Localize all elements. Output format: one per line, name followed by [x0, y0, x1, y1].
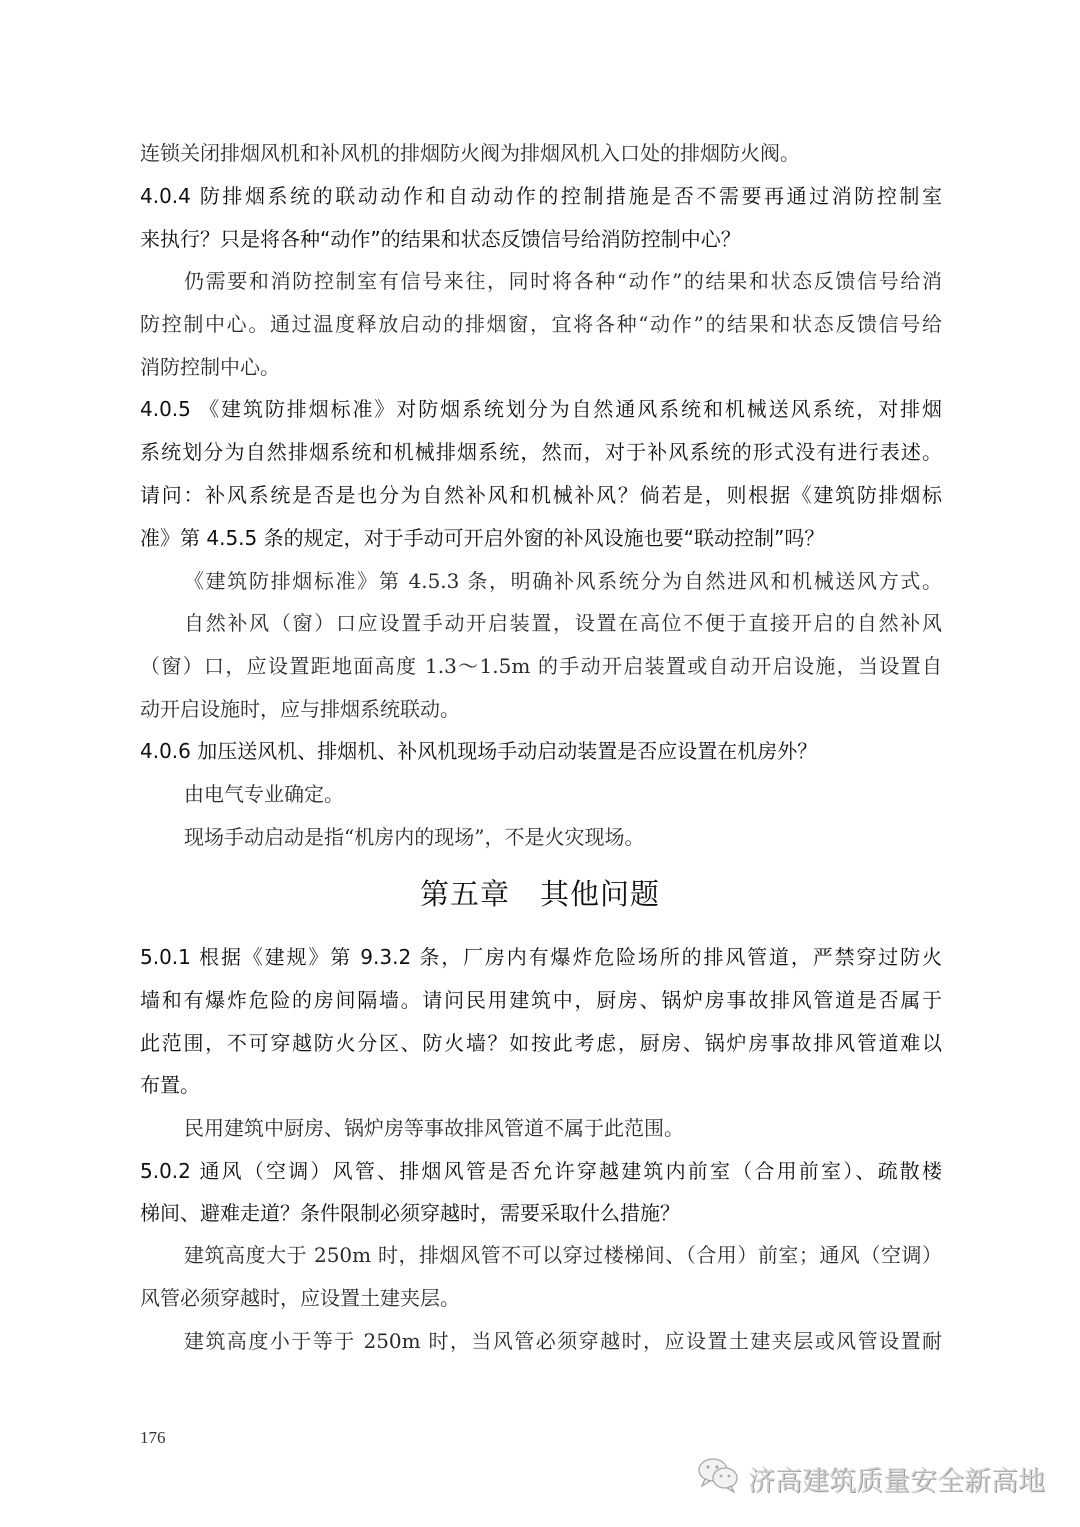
answer-4-0-4-line: 消防控制中心。: [140, 350, 942, 384]
question-5-0-1-line: 墙和有爆炸危险的房间隔墙。请问民用建筑中，厨房、锅炉房事故排风管道是否属于: [140, 983, 942, 1017]
answer-5-0-2-line: 建筑高度大于 250m 时，排烟风管不可以穿过楼梯间、（合用）前室；通风（空调）: [184, 1238, 942, 1272]
wechat-icon: [696, 1455, 748, 1502]
question-4-0-5-line: 系统划分为自然排烟系统和机械排烟系统，然而，对于补风系统的形式没有进行表述。: [140, 435, 942, 469]
answer-4-0-5-line: 《建筑防排烟标准》第 4.5.3 条，明确补风系统分为自然进风和机械送风方式。: [184, 564, 942, 598]
answer-4-0-5-line: 自然补风（窗）口应设置手动开启装置，设置在高位不便于直接开启的自然补风: [184, 606, 942, 640]
answer-5-0-1-line: 民用建筑中厨房、锅炉房等事故排风管道不属于此范围。: [184, 1111, 942, 1145]
question-4-0-5-line: 准》第 4.5.5 条的规定，对于手动可开启外窗的补风设施也要“联动控制”吗？: [140, 521, 942, 555]
page-number: 176: [140, 1428, 166, 1448]
answer-4-0-6-line: 由电气专业确定。: [184, 777, 942, 811]
answer-5-0-2-line: 风管必须穿越时，应设置土建夹层。: [140, 1281, 942, 1315]
paragraph-line: 连锁关闭排烟风机和补风机的排烟防火阀为排烟风机入口处的排烟防火阀。: [140, 136, 942, 170]
chapter-heading: 第五章其他问题: [0, 874, 1080, 914]
question-4-0-4-line: 来执行？只是将各种“动作”的结果和状态反馈信号给消防控制中心？: [140, 222, 942, 256]
answer-4-0-5-line: 动开启设施时，应与排烟系统联动。: [140, 692, 942, 726]
question-5-0-1-line: 布置。: [140, 1068, 942, 1102]
question-5-0-2-line: 梯间、避难走道？条件限制必须穿越时，需要采取什么措施？: [140, 1196, 942, 1230]
watermark-text: 济高建筑质量安全新高地: [748, 1459, 1045, 1498]
question-5-0-2-line: 5.0.2 通风（空调）风管、排烟风管是否允许穿越建筑内前室（合用前室）、疏散楼: [140, 1154, 942, 1188]
question-4-0-6-line: 4.0.6 加压送风机、排烟机、补风机现场手动启动装置是否应设置在机房外？: [140, 734, 942, 768]
question-5-0-1-line: 5.0.1 根据《建规》第 9.3.2 条，厂房内有爆炸危险场所的排风管道，严禁…: [140, 940, 942, 974]
question-4-0-5-line: 请问：补风系统是否是也分为自然补风和机械补风？倘若是，则根据《建筑防排烟标: [140, 478, 942, 512]
question-4-0-5-line: 4.0.5 《建筑防排烟标准》对防烟系统划分为自然通风系统和机械送风系统，对排烟: [140, 392, 942, 426]
answer-5-0-2-line: 建筑高度小于等于 250m 时，当风管必须穿越时，应设置土建夹层或风管设置耐: [184, 1324, 942, 1358]
question-4-0-4-line: 4.0.4 防排烟系统的联动动作和自动动作的控制措施是否不需要再通过消防控制室: [140, 179, 942, 213]
answer-4-0-4-line: 防控制中心。通过温度释放启动的排烟窗，宜将各种“动作”的结果和状态反馈信号给: [140, 307, 942, 341]
watermark: 济高建筑质量安全新高地: [696, 1458, 1045, 1498]
question-5-0-1-line: 此范围，不可穿越防火分区、防火墙？如按此考虑，厨房、锅炉房事故排风管道难以: [140, 1026, 942, 1060]
document-page: 连锁关闭排烟风机和补风机的排烟防火阀为排烟风机入口处的排烟防火阀。 4.0.4 …: [0, 0, 1080, 1527]
chapter-title-text: 其他问题: [540, 877, 660, 911]
answer-4-0-4-line: 仍需要和消防控制室有信号来往，同时将各种“动作”的结果和状态反馈信号给消: [184, 264, 942, 298]
answer-4-0-5-line: （窗）口，应设置距地面高度 1.3～1.5m 的手动开启装置或自动开启设施，当设…: [140, 649, 942, 683]
chapter-number: 第五章: [420, 877, 510, 911]
answer-4-0-6-line: 现场手动启动是指“机房内的现场”，不是火灾现场。: [184, 820, 942, 854]
